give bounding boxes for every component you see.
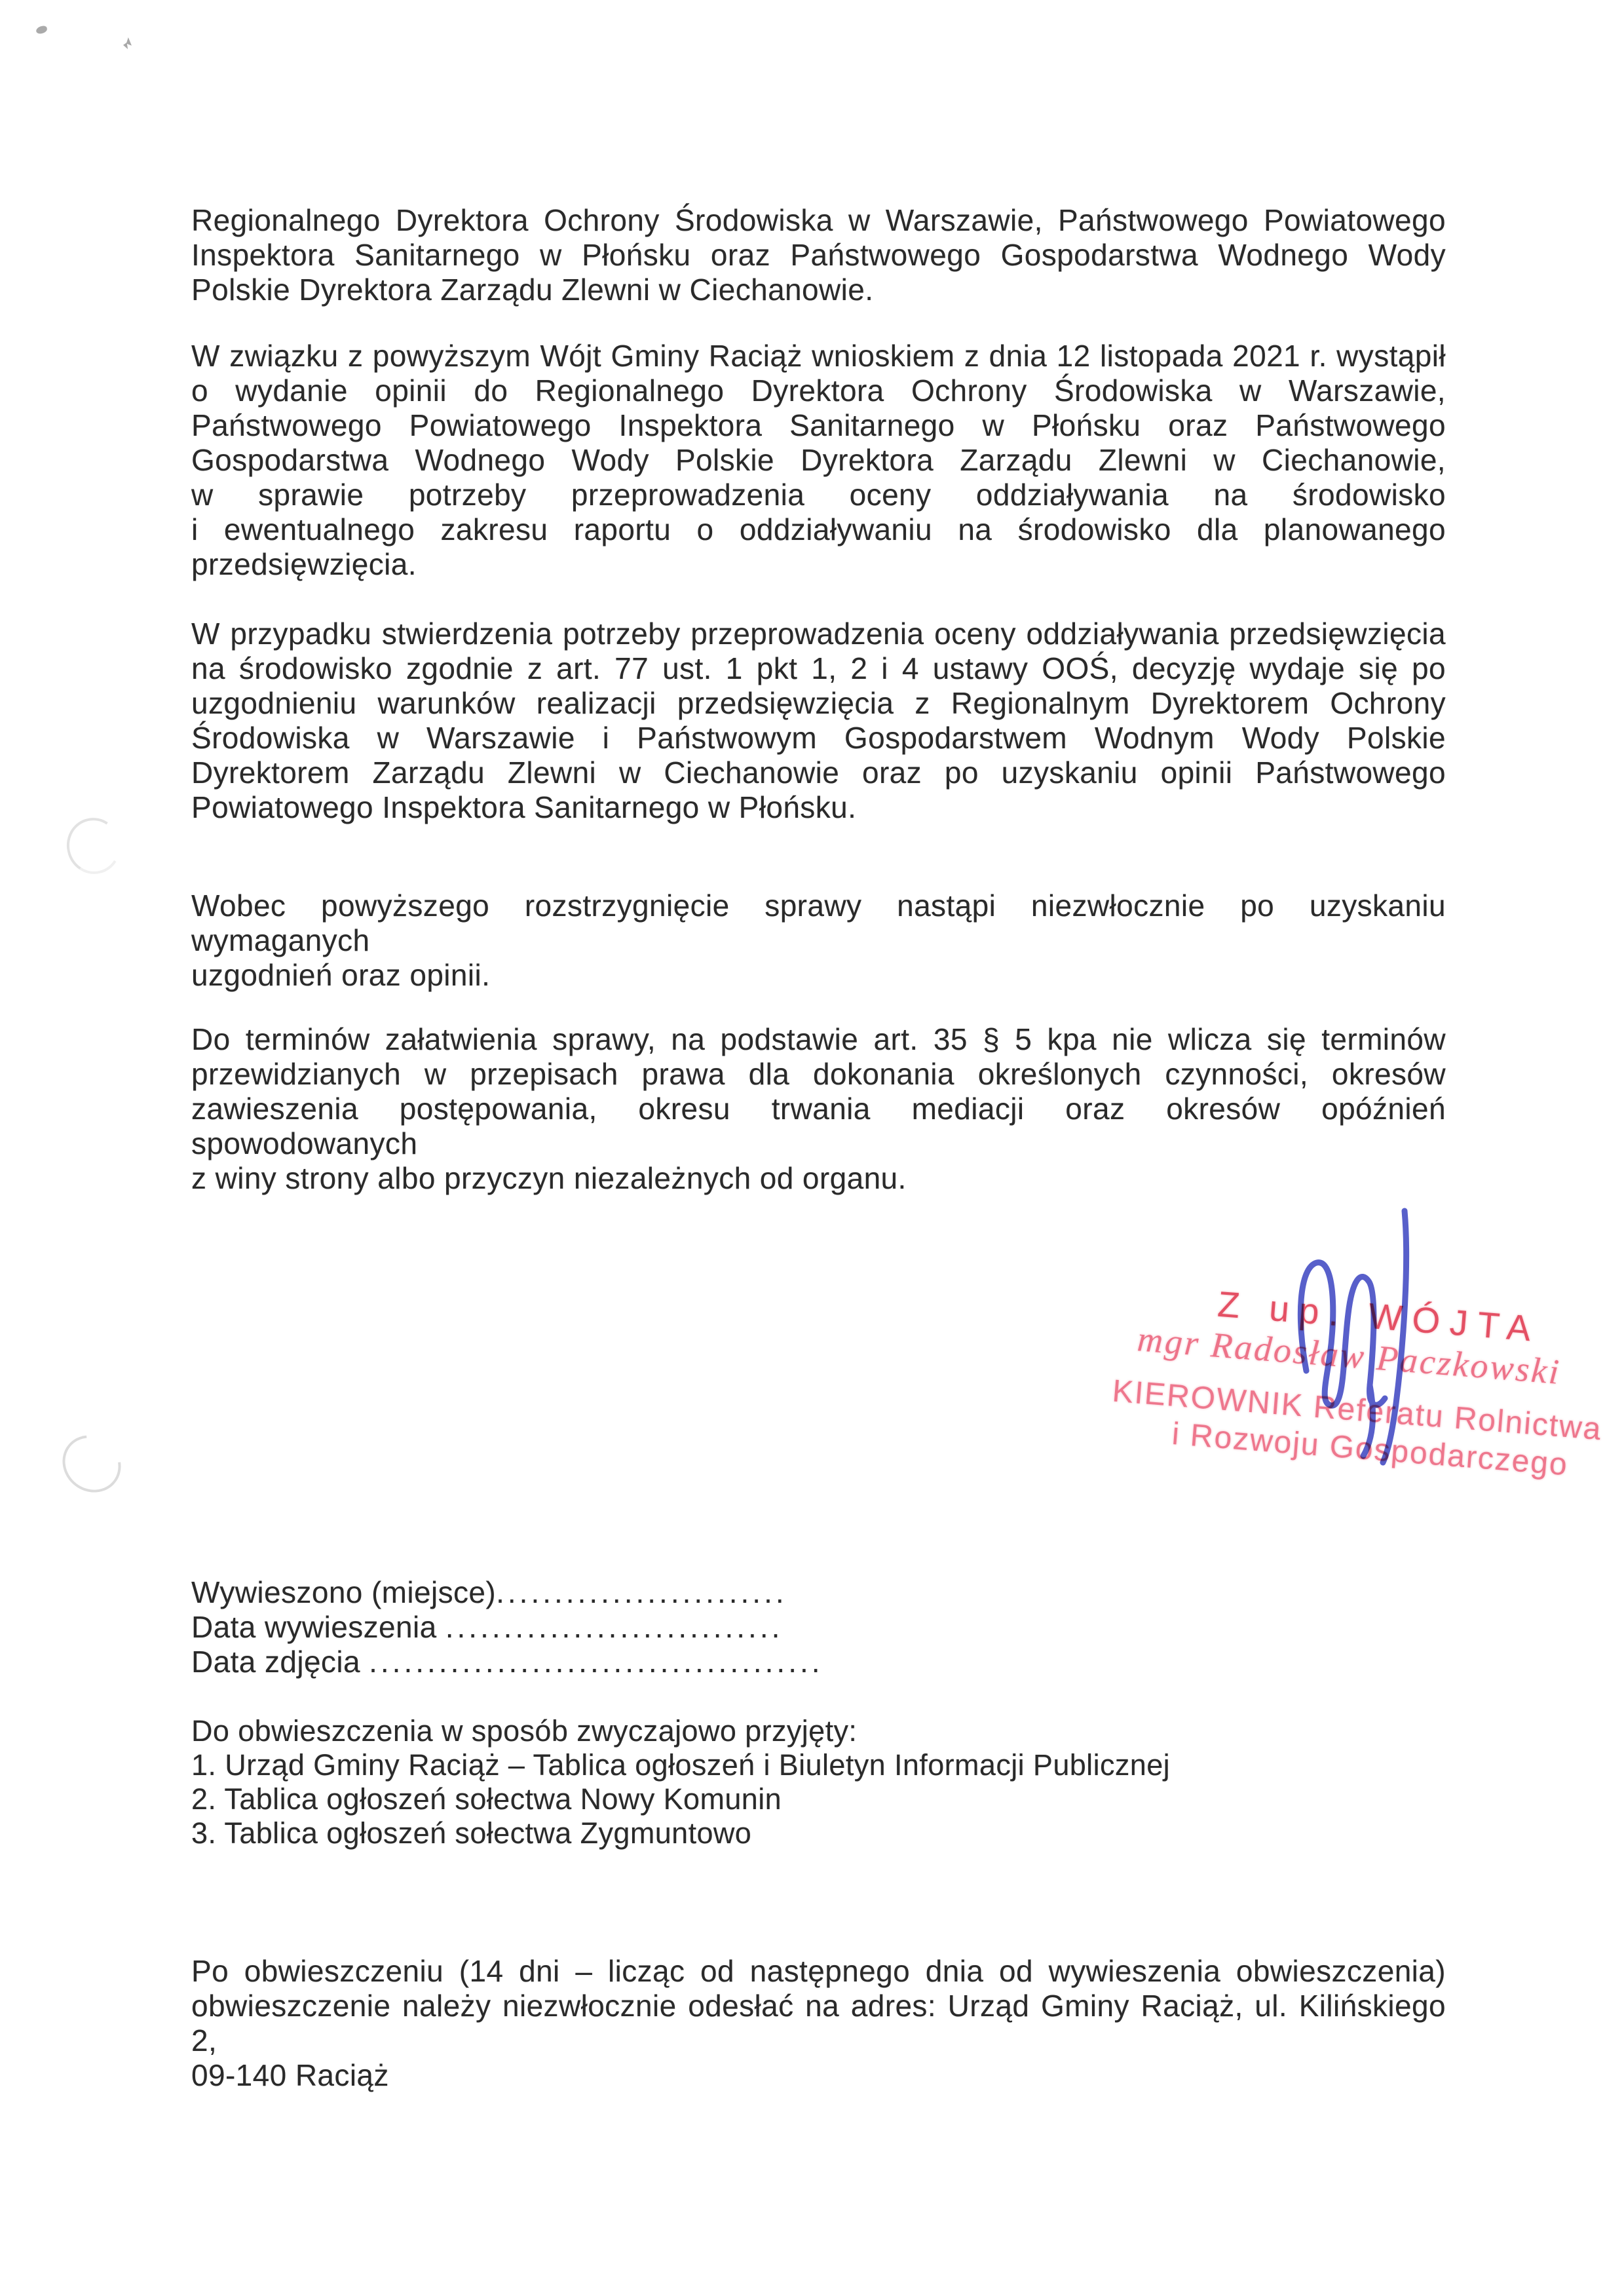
distribution-section: Do obwieszczenia w sposób zwyczajowo prz…: [191, 1714, 1446, 1850]
text-line: Inspektora Sanitarnego w Płońsku oraz Pa…: [191, 238, 1446, 273]
text-line: obwieszczenie należy niezwłocznie odesła…: [191, 1989, 1446, 2058]
text-line: Do terminów załatwienia sprawy, na podst…: [191, 1022, 1446, 1057]
scanned-document-page: Regionalnego Dyrektora Ochrony Środowisk…: [0, 0, 1624, 2296]
text-line: o wydanie opinii do Regionalnego Dyrekto…: [191, 373, 1446, 408]
posting-label: Data zdjęcia: [191, 1645, 369, 1679]
distribution-item: 1. Urząd Gminy Raciąż – Tablica ogłoszeń…: [191, 1748, 1446, 1782]
text-line: 09-140 Raciąż: [191, 2058, 1446, 2093]
paragraph-addressees: Regionalnego Dyrektora Ochrony Środowisk…: [191, 203, 1446, 307]
dotted-fill-line: .........................: [496, 1575, 787, 1609]
paragraph-rozstrzygniecie: Wobec powyższego rozstrzygnięcie sprawy …: [191, 889, 1446, 993]
paragraph-return-instruction: Po obwieszczeniu (14 dni – licząc od nas…: [191, 1954, 1446, 2093]
handwritten-signature: [1279, 1207, 1444, 1468]
text-line: w sprawie potrzeby przeprowadzenia oceny…: [191, 478, 1446, 512]
text-line: uzgodnień oraz opinii.: [191, 958, 1446, 993]
paragraph-uzgodnienia: W przypadku stwierdzenia potrzeby przepr…: [191, 617, 1446, 825]
text-line: przewidzianych w przepisach prawa dla do…: [191, 1057, 1446, 1092]
paragraph-wniosek-o-opinie: W związku z powyższym Wójt Gminy Raciąż …: [191, 339, 1446, 582]
posting-row: Wywieszono (miejsce)....................…: [191, 1575, 1446, 1610]
posting-section: Wywieszono (miejsce)....................…: [191, 1575, 1446, 1679]
text-line: W związku z powyższym Wójt Gminy Raciąż …: [191, 339, 1446, 373]
posting-label: Wywieszono (miejsce): [191, 1575, 496, 1609]
text-line: Środowiska w Warszawie i Państwowym Gosp…: [191, 721, 1446, 756]
text-line: Państwowego Powiatowego Inspektora Sanit…: [191, 408, 1446, 443]
text-line: Polskie Dyrektora Zarządu Zlewni w Ciech…: [191, 273, 1446, 307]
text-line: zawieszenia postępowania, okresu trwania…: [191, 1092, 1446, 1161]
scan-speck: [35, 25, 48, 34]
text-line: Wobec powyższego rozstrzygnięcie sprawy …: [191, 889, 1446, 958]
distribution-heading: Do obwieszczenia w sposób zwyczajowo prz…: [191, 1714, 1446, 1748]
text-line: Po obwieszczeniu (14 dni – licząc od nas…: [191, 1954, 1446, 1989]
text-line: uzgodnieniu warunków realizacji przedsię…: [191, 686, 1446, 721]
dotted-fill-line: .............................: [445, 1610, 784, 1644]
distribution-item: 3. Tablica ogłoszeń sołectwa Zygmuntowo: [191, 1816, 1446, 1850]
hole-punch-mark: [62, 813, 126, 879]
text-line: Regionalnego Dyrektora Ochrony Środowisk…: [191, 203, 1446, 238]
hole-punch-mark: [51, 1424, 132, 1504]
text-line: przedsięwzięcia.: [191, 547, 1446, 582]
text-line: Powiatowego Inspektora Sanitarnego w Pło…: [191, 790, 1446, 825]
text-line: i ewentualnego zakresu raportu o oddział…: [191, 512, 1446, 547]
text-line: Dyrektorem Zarządu Zlewni w Ciechanowie …: [191, 756, 1446, 790]
text-line: Gospodarstwa Wodnego Wody Polskie Dyrekt…: [191, 443, 1446, 478]
posting-label: Data wywieszenia: [191, 1610, 445, 1644]
distribution-item: 2. Tablica ogłoszeń sołectwa Nowy Komuni…: [191, 1782, 1446, 1816]
text-line: na środowisko zgodnie z art. 77 ust. 1 p…: [191, 651, 1446, 686]
posting-row: Data wywieszenia .......................…: [191, 1610, 1446, 1645]
text-line: W przypadku stwierdzenia potrzeby przepr…: [191, 617, 1446, 651]
paragraph-terminy-kpa: Do terminów załatwienia sprawy, na podst…: [191, 1022, 1446, 1196]
posting-row: Data zdjęcia ...........................…: [191, 1645, 1446, 1679]
scan-speck: [123, 37, 132, 49]
dotted-fill-line: .......................................: [369, 1645, 823, 1679]
signature-stroke: [1383, 1211, 1407, 1463]
text-line: z winy strony albo przyczyn niezależnych…: [191, 1161, 1446, 1196]
